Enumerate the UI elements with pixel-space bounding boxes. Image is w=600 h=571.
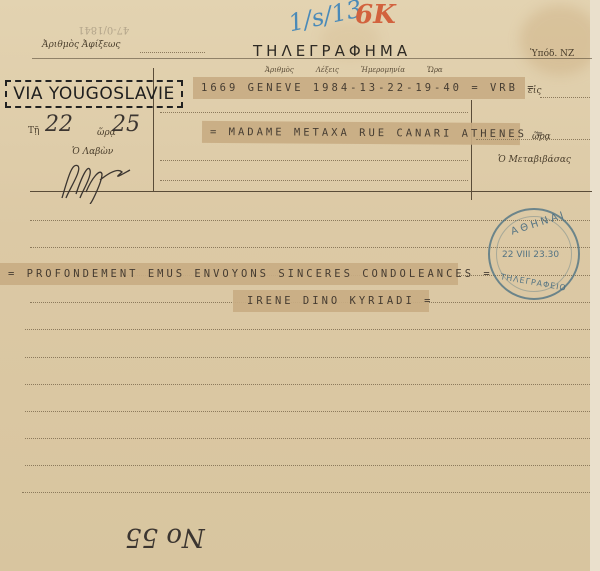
- faint-stamp-number: 47-0/1841: [78, 24, 129, 35]
- body-line: [25, 465, 590, 466]
- column-labels: Ἀριθμὸς Λέξεις Ἡμερομηνία Ὥρα: [265, 66, 443, 74]
- col-date-label: Ἡμερομηνία: [361, 66, 405, 74]
- water-stain: [520, 5, 600, 75]
- red-pencil-note: 6K: [355, 0, 396, 30]
- dotted-line: [160, 180, 468, 181]
- body-line: [22, 492, 590, 493]
- col-words-label: Λέξεις: [316, 66, 339, 74]
- dotted-line: [476, 139, 590, 140]
- reference-label: Ὑπόδ. ΝΖ: [530, 49, 574, 59]
- dotted-line: [540, 97, 590, 98]
- signature-strip: IRENE DINO KYRIADI =: [233, 290, 429, 312]
- date-label: Τῇ: [28, 126, 39, 136]
- arrival-number-label: Ἀριθμὸς Ἀφίξεως: [42, 40, 120, 50]
- right-column-divider: [471, 100, 472, 200]
- to-label: εἰς: [528, 86, 541, 96]
- transmitter-label: Ὁ Μεταβιβάσας: [498, 155, 571, 165]
- body-line: [25, 329, 590, 330]
- hour-value: 25: [112, 112, 140, 137]
- receiver-label: Ὁ Λαβὼν: [72, 147, 113, 157]
- telegram-form: Ἀριθμὸς Ἀφίξεως 47-0/1841 ΤΗΛΕΓΡΑΦΗΜΑ Ὑπ…: [0, 0, 600, 571]
- col-hour-label: Ὥρα: [427, 66, 443, 74]
- dotted-line: [160, 112, 468, 113]
- address-strip: = MADAME METAXA RUE CANARI ATHENES =: [202, 121, 520, 145]
- date-value: 22: [45, 112, 73, 137]
- receiver-signature: [52, 158, 137, 204]
- body-line: [25, 438, 590, 439]
- body-line: [25, 357, 590, 358]
- body-line: [25, 384, 590, 385]
- postmark-date: 22 VIII 23.30: [502, 250, 559, 260]
- routing-stamp: VIA YOUGOSLAVIE: [5, 80, 183, 108]
- message-strip: = PROFONDEMENT EMUS ENVOYONS SINCERES CO…: [0, 263, 458, 285]
- handwritten-number: No 55: [125, 522, 205, 552]
- paper-edge: [590, 0, 600, 571]
- preamble-strip: 1669 GENEVE 1984-13-22-19-40 = VRB =: [193, 77, 525, 99]
- dotted-line: [140, 52, 205, 53]
- form-title: ΤΗΛΕΓΡΑΦΗΜΑ: [253, 42, 411, 60]
- athens-postmark: ΑΘΗΝΑΙ 22 VIII 23.30 ΤΗΛΕΓΡΑΦΕΙΟ: [488, 208, 580, 300]
- body-line: [25, 411, 590, 412]
- col-number-label: Ἀριθμὸς: [265, 66, 294, 74]
- dotted-line: [160, 160, 468, 161]
- right-hour-label: ὥρᾳ: [532, 132, 551, 142]
